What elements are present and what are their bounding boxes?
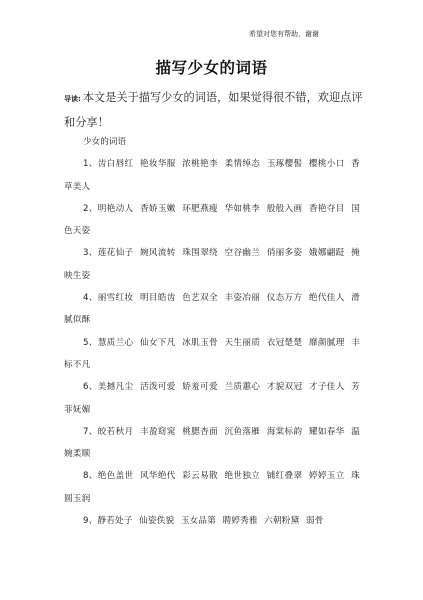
item-word: 环肥燕瘦 [182, 204, 218, 214]
item-word: 珠围翠绕 [182, 248, 218, 258]
item-number: 9、 [83, 516, 97, 526]
list-item: 1、齿白唇红艳妆华服浓桃艳李柔情绰态玉琢樱髻樱桃小口香草美人 [64, 153, 360, 198]
item-word: 浓桃艳李 [182, 159, 218, 169]
item-word: 空谷幽兰 [224, 248, 260, 258]
item-number: 3、 [83, 248, 98, 258]
item-word: 玉女品第 [181, 516, 216, 526]
item-word: 丰姿冶丽 [224, 293, 260, 303]
item-word: 天生丽质 [224, 338, 260, 348]
intro-paragraph: 导读:本文是关于描写少女的词语，如果觉得很不错，欢迎点评和分享！ [64, 86, 364, 134]
item-word: 铺红叠翠 [267, 471, 303, 481]
item-word: 耀如春华 [309, 427, 345, 437]
item-word: 桃腮杏面 [182, 427, 218, 437]
item-word: 弱骨 [306, 516, 324, 526]
header-note: 希望对您有帮助，谢谢 [249, 29, 319, 39]
item-word: 丰盈窈窕 [140, 427, 176, 437]
item-word: 仪态万方 [267, 293, 303, 303]
item-word: 皎若秋月 [98, 427, 134, 437]
item-word: 聘婷秀雅 [223, 516, 258, 526]
item-word: 沉鱼落雁 [224, 427, 260, 437]
item-number: 5、 [83, 338, 98, 348]
item-word: 香艳夺目 [309, 204, 345, 214]
list-item: 2、明艳动人香娇玉嫩环肥燕瘦华如桃李般般入画香艳夺目国色天姿 [64, 198, 360, 243]
item-number: 1、 [83, 159, 98, 169]
item-word: 仙姿佚貌 [139, 516, 174, 526]
item-word: 才貌双冠 [267, 382, 303, 392]
item-word: 色艺双全 [182, 293, 218, 303]
item-word: 美撼凡尘 [98, 382, 134, 392]
item-word: 才子佳人 [309, 382, 345, 392]
item-number: 7、 [83, 427, 98, 437]
item-word: 樱桃小口 [309, 159, 345, 169]
list-item: 9、静若处子仙姿佚貌玉女品第聘婷秀雅六朝粉黛弱骨 [64, 510, 360, 532]
item-word: 玉琢樱髻 [267, 159, 303, 169]
item-word: 兰质蕙心 [224, 382, 260, 392]
item-word: 丽雪红妆 [98, 293, 134, 303]
item-number: 2、 [83, 204, 98, 214]
item-word: 慧质兰心 [98, 338, 134, 348]
item-word: 香娇玉嫩 [140, 204, 176, 214]
item-word: 冰肌玉骨 [182, 338, 218, 348]
item-word: 绝色盖世 [98, 471, 134, 481]
item-word: 齿白唇红 [98, 159, 134, 169]
document-title: 描写少女的词语 [0, 56, 423, 78]
intro-lead-label: 导读: [64, 95, 81, 103]
item-word: 俏丽多姿 [267, 248, 303, 258]
item-word: 活泼可爱 [140, 382, 176, 392]
item-word: 彩云易散 [182, 471, 218, 481]
item-word: 般般入画 [267, 204, 303, 214]
list-item: 4、丽雪红妆明目皓齿色艺双全丰姿冶丽仪态万方绝代佳人滑腻似酥 [64, 287, 360, 332]
item-word: 婉风流转 [140, 248, 176, 258]
item-word: 海棠标韵 [267, 427, 303, 437]
section-subheading: 少女的词语 [64, 131, 360, 153]
list-item: 8、绝色盖世风华绝代彩云易散绝世独立铺红叠翠婷婷玉立珠圆玉润 [64, 465, 360, 510]
item-word: 衣冠楚楚 [267, 338, 303, 348]
item-word: 华如桃李 [224, 204, 260, 214]
item-word: 绝代佳人 [309, 293, 345, 303]
item-word: 绝世独立 [224, 471, 260, 481]
document-page: 希望对您有帮助，谢谢 描写少女的词语 导读:本文是关于描写少女的词语，如果觉得很… [0, 0, 423, 600]
item-word: 柔情绰态 [224, 159, 260, 169]
item-word: 莲花仙子 [98, 248, 134, 258]
list-item: 3、莲花仙子婉风流转珠围翠绕空谷幽兰俏丽多姿娥娜翩跹掩映生姿 [64, 242, 360, 287]
item-word: 明目皓齿 [140, 293, 176, 303]
item-word: 婷婷玉立 [309, 471, 345, 481]
item-word: 风华绝代 [140, 471, 176, 481]
item-word: 娥娜翩跹 [309, 248, 345, 258]
item-word: 六朝粉黛 [264, 516, 299, 526]
list-item: 7、皎若秋月丰盈窈窕桃腮杏面沉鱼落雁海棠标韵耀如春华温婉柔顺 [64, 421, 360, 466]
item-word: 靡颜腻理 [309, 338, 345, 348]
item-number: 6、 [83, 382, 98, 392]
item-number: 8、 [83, 471, 98, 481]
list-item: 5、慧质兰心仙女下凡冰肌玉骨天生丽质衣冠楚楚靡颜腻理丰标不凡 [64, 332, 360, 377]
list-item: 6、美撼凡尘活泼可爱娇羞可爱兰质蕙心才貌双冠才子佳人芳菲妩媚 [64, 376, 360, 421]
item-word: 艳妆华服 [140, 159, 176, 169]
item-word: 明艳动人 [98, 204, 134, 214]
intro-text: 本文是关于描写少女的词语，如果觉得很不错，欢迎点评和分享！ [64, 91, 363, 129]
item-word: 静若处子 [97, 516, 132, 526]
item-number: 4、 [83, 293, 98, 303]
item-word: 仙女下凡 [140, 338, 176, 348]
item-word: 娇羞可爱 [182, 382, 218, 392]
document-body: 少女的词语 1、齿白唇红艳妆华服浓桃艳李柔情绰态玉琢樱髻樱桃小口香草美人 2、明… [64, 131, 360, 532]
